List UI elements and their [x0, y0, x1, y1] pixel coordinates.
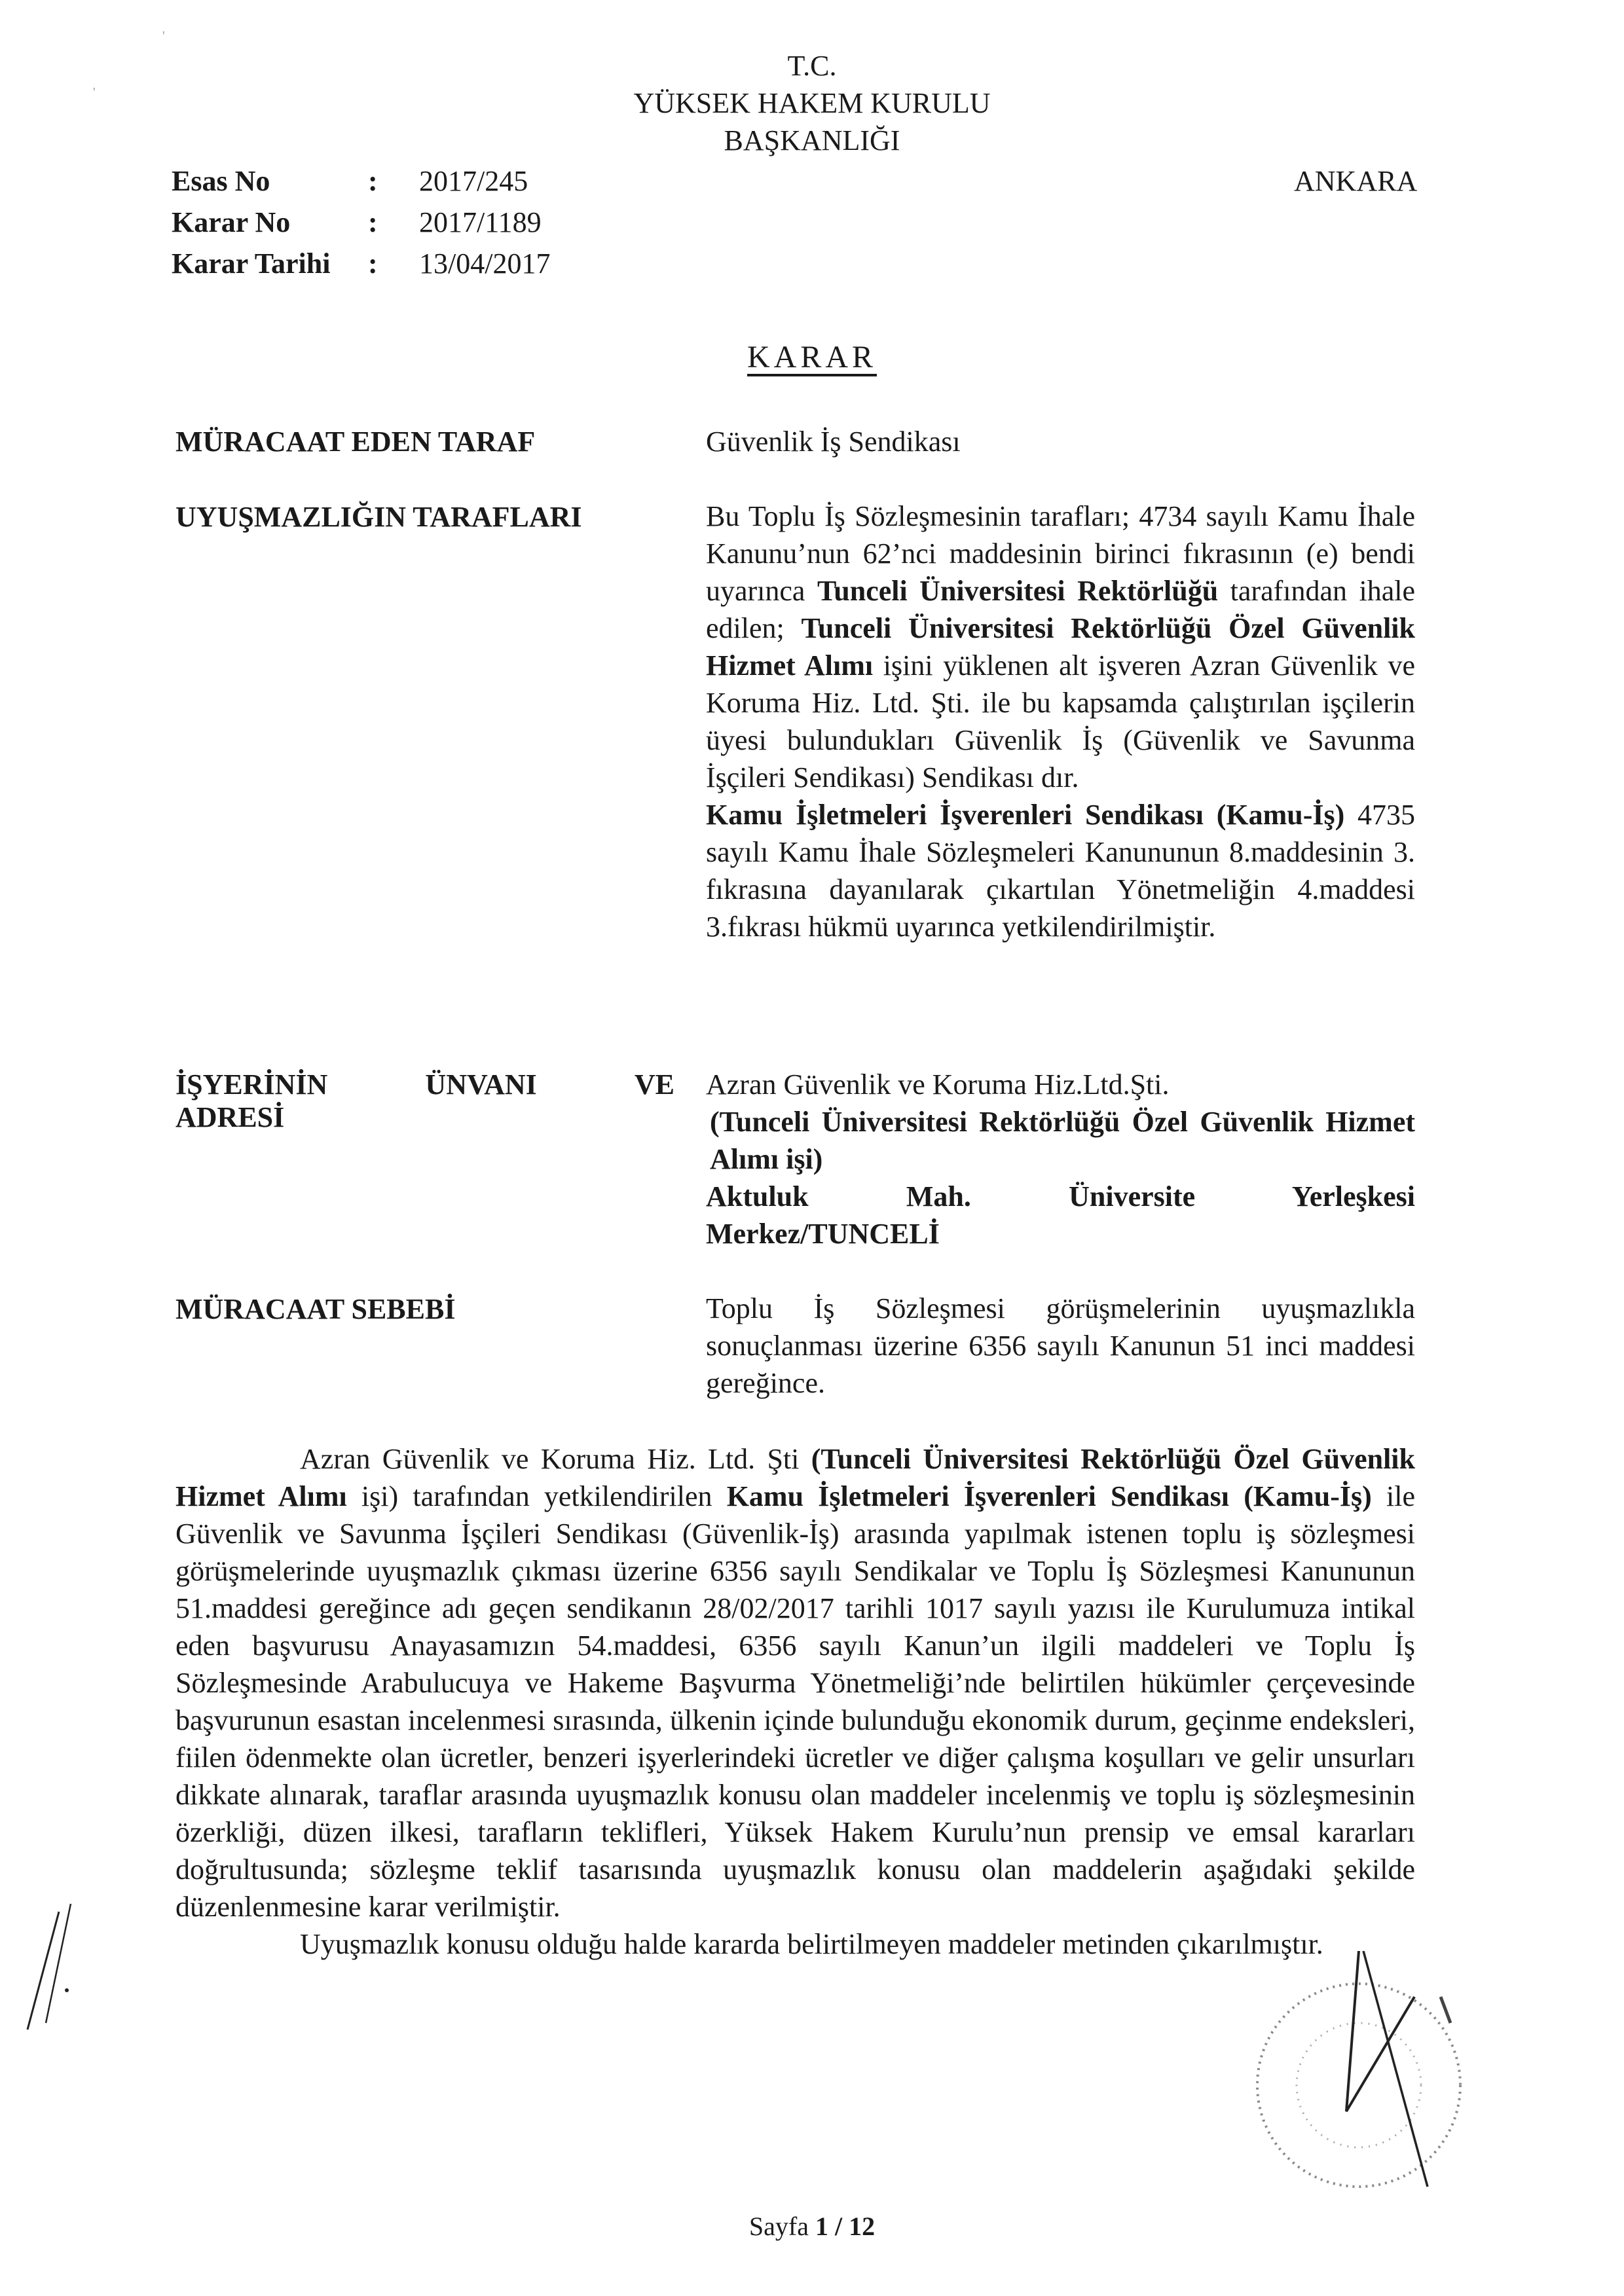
body-bold: Kamu İşletmeleri İşverenleri Sendikası (…	[727, 1480, 1372, 1512]
label-word: İŞYERİNİN	[175, 1068, 327, 1101]
meta-colon: :	[368, 202, 419, 243]
applicant-value: Güvenlik İş Sendikası	[706, 423, 1415, 460]
total-pages: 12	[849, 2212, 875, 2241]
workplace-address: Aktuluk Mah. Üniversite Yerleşkesi	[706, 1178, 1415, 1215]
page-label: Sayfa	[749, 2212, 809, 2241]
city: ANKARA	[1294, 160, 1417, 202]
decision-body: Azran Güvenlik ve Koruma Hiz. Ltd. Şti (…	[175, 1440, 1415, 1963]
scan-speck: '	[162, 29, 165, 44]
workplace-company: Azran Güvenlik ve Koruma Hiz.Ltd.Şti.	[706, 1066, 1415, 1103]
meta-value-esas-no: 2017/245	[419, 160, 528, 202]
meta-value-karar-no: 2017/1189	[419, 202, 542, 243]
meta-colon: :	[368, 160, 419, 202]
letterhead-country: T.C.	[0, 47, 1624, 84]
parties-employer-union: Kamu İşletmeleri İşverenleri Sendikası (…	[706, 799, 1344, 831]
meta-label: Karar No	[172, 202, 368, 243]
letterhead-department: BAŞKANLIĞI	[0, 122, 1624, 159]
document-page: ' ' T.C. YÜKSEK HAKEM KURULU BAŞKANLIĞI …	[0, 0, 1624, 2296]
meta-row-esas: Esas No : 2017/245	[172, 160, 550, 202]
applicant-label: MÜRACAAT EDEN TARAF	[175, 426, 674, 458]
workplace-label-line1: İŞYERİNİN ÜNVANI VE	[175, 1068, 674, 1101]
workplace-city: Merkez/TUNCELİ	[706, 1215, 1415, 1252]
workplace-label: İŞYERİNİN ÜNVANI VE ADRESİ	[175, 1068, 674, 1134]
parties-bold: Tunceli Üniversitesi Rektörlüğü	[817, 575, 1218, 607]
meta-label: Esas No	[172, 160, 368, 202]
label-word: ÜNVANI	[425, 1068, 536, 1101]
official-seal-icon	[1218, 1951, 1493, 2216]
parties-label: UYUŞMAZLIĞIN TARAFLARI	[175, 501, 674, 534]
reason-value: Toplu İş Sözleşmesi görüşmelerinin uyuşm…	[706, 1290, 1415, 1402]
workplace-label-line2: ADRESİ	[175, 1101, 674, 1134]
document-title: KARAR	[0, 339, 1624, 375]
page-separator: /	[835, 2212, 842, 2241]
body-text: ile Güvenlik ve Savunma İşçileri Sendika…	[175, 1480, 1415, 1923]
body-text: Azran Güvenlik ve Koruma Hiz. Ltd. Şti	[300, 1443, 811, 1475]
parties-value: Bu Toplu İş Sözleşmesinin tarafları; 473…	[706, 498, 1415, 945]
meta-label: Karar Tarihi	[172, 243, 368, 284]
decision-paragraph: Azran Güvenlik ve Koruma Hiz. Ltd. Şti (…	[175, 1440, 1415, 1925]
label-word: VE	[635, 1068, 674, 1101]
handwritten-initials-icon	[20, 1899, 79, 2046]
page-footer: Sayfa 1 / 12	[0, 2211, 1624, 2242]
body-text: işi) tarafından yetkilendirilen	[347, 1480, 727, 1512]
reason-label: MÜRACAAT SEBEBİ	[175, 1293, 674, 1326]
current-page: 1	[815, 2212, 828, 2241]
workplace-value: Azran Güvenlik ve Koruma Hiz.Ltd.Şti. (T…	[706, 1066, 1415, 1252]
case-metadata: Esas No : 2017/245 Karar No : 2017/1189 …	[172, 160, 550, 284]
meta-value-karar-tarihi: 13/04/2017	[419, 243, 550, 284]
workplace-project: (Tunceli Üniversitesi Rektörlüğü Özel Gü…	[706, 1103, 1415, 1178]
letterhead-institution: YÜKSEK HAKEM KURULU	[0, 84, 1624, 122]
letterhead: T.C. YÜKSEK HAKEM KURULU BAŞKANLIĞI	[0, 47, 1624, 159]
meta-row-tarih: Karar Tarihi : 13/04/2017	[172, 243, 550, 284]
meta-row-karar: Karar No : 2017/1189	[172, 202, 550, 243]
meta-colon: :	[368, 243, 419, 284]
